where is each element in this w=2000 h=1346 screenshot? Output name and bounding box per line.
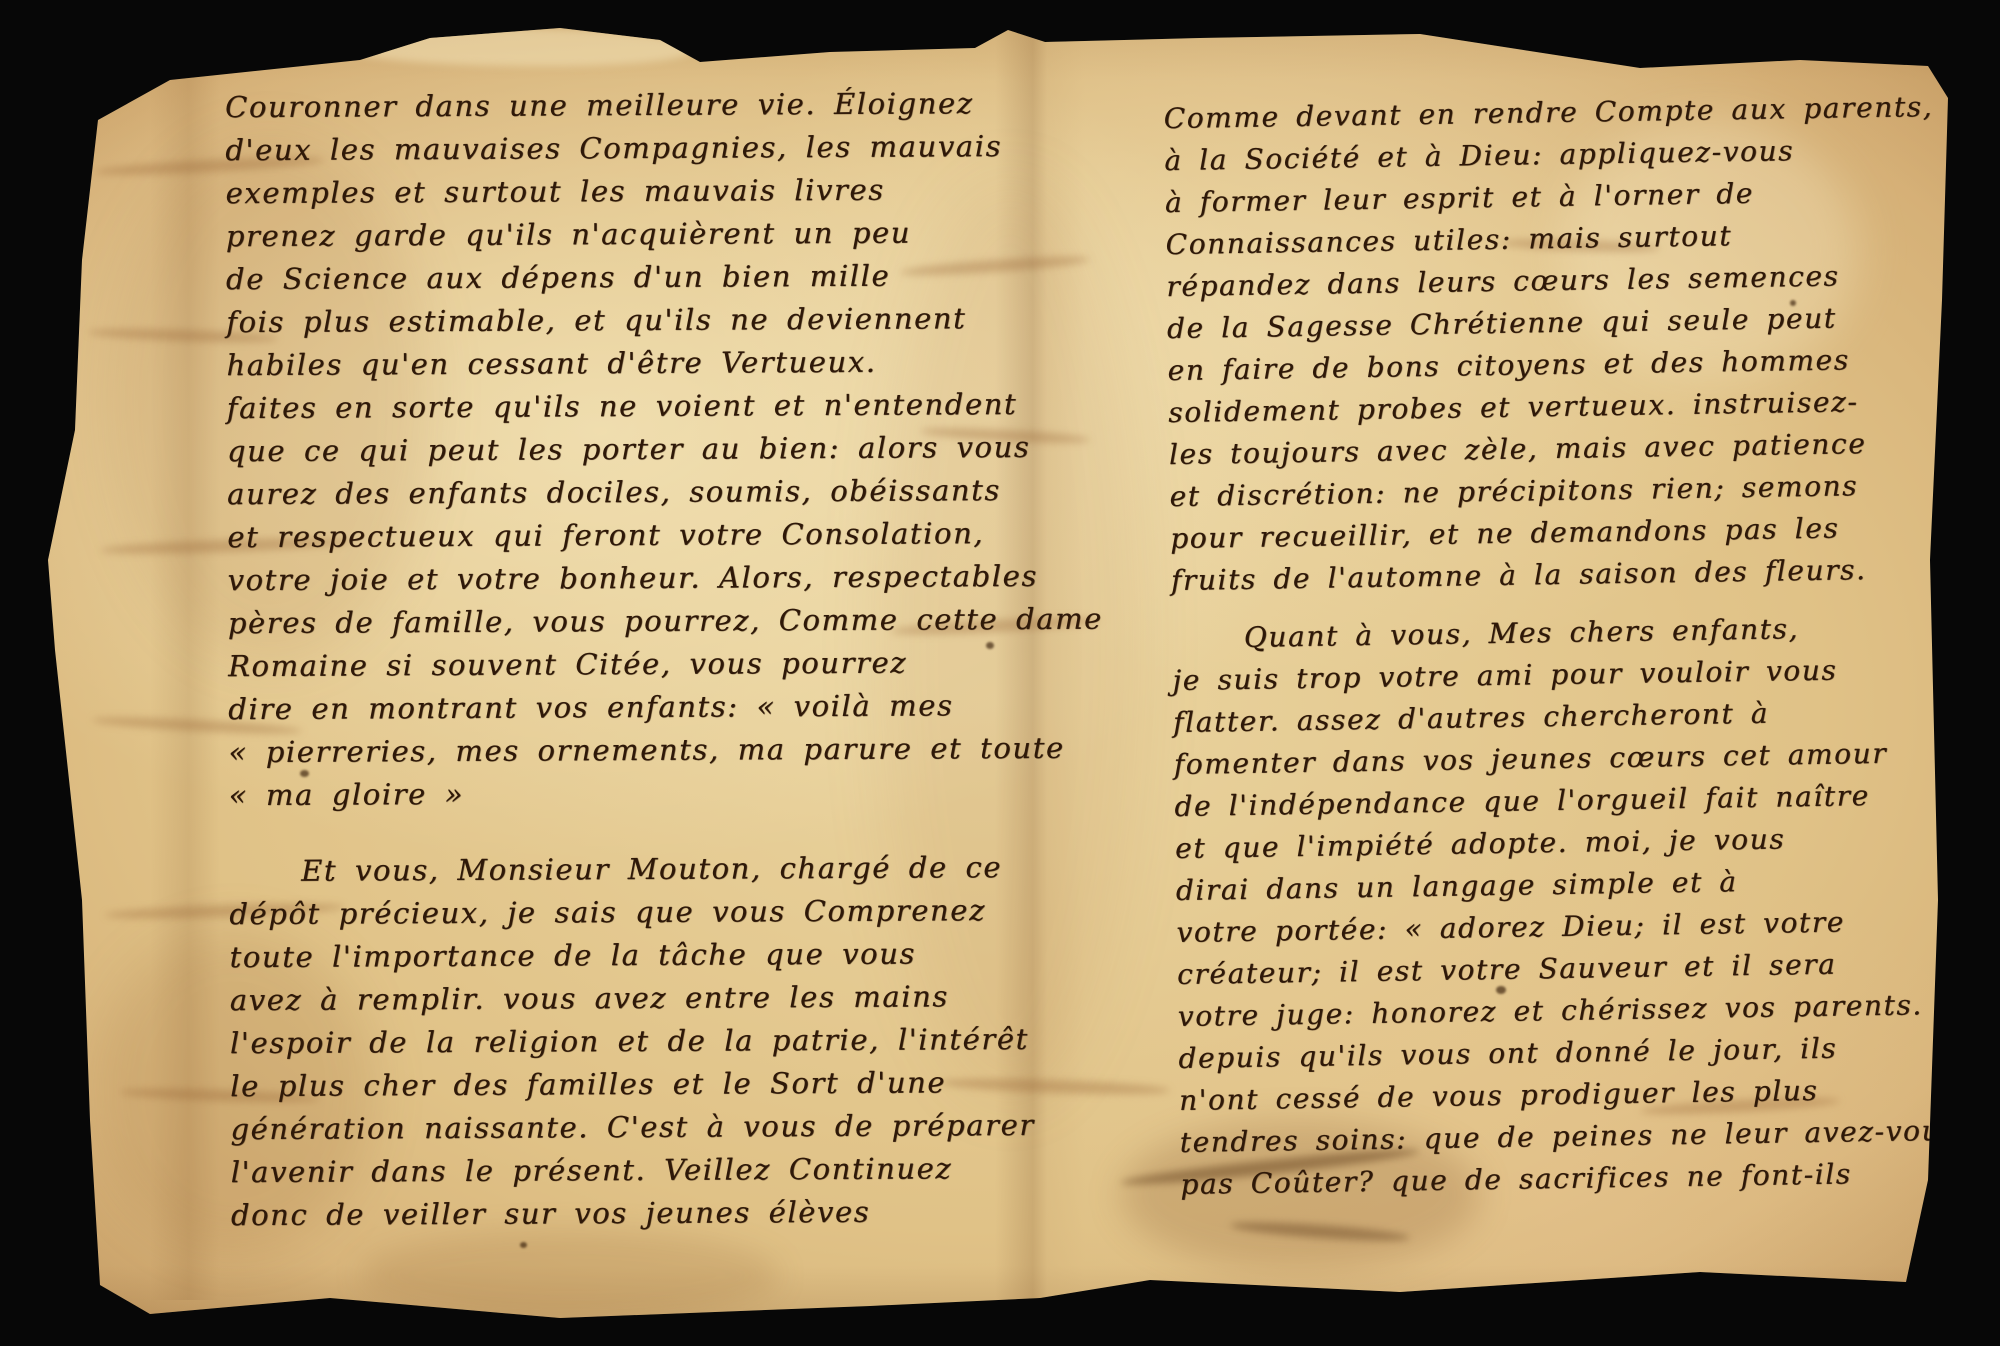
manuscript-line: « pierreries, mes ornements, ma parure e… <box>228 727 1058 774</box>
manuscript-line: et respectueux qui feront votre Consolat… <box>227 512 1057 559</box>
manuscript-line: faites en sorte qu'ils ne voient et n'en… <box>227 383 1057 430</box>
manuscript-line: toute l'importance de la tâche que vous <box>229 932 1059 979</box>
manuscript-line: prenez garde qu'ils n'acquièrent un peu <box>226 211 1056 258</box>
left-page-paragraph: Couronner dans une meilleure vie. Éloign… <box>225 82 1059 817</box>
manuscript-line: de Science aux dépens d'un bien mille <box>226 254 1056 301</box>
manuscript-line: habiles qu'en cessant d'être Vertueux. <box>226 340 1056 387</box>
manuscript-line: « ma gloire » <box>229 770 1059 817</box>
paper-stain <box>360 1230 780 1320</box>
manuscript-line: génération naissante. C'est à vous de pr… <box>230 1104 1060 1151</box>
left-margin-fold-shadow <box>150 60 220 1300</box>
manuscript-line: l'avenir dans le présent. Veillez Contin… <box>231 1147 1061 1194</box>
manuscript-line: donc de veiller sur vos jeunes élèves <box>231 1190 1061 1237</box>
left-page-text: Couronner dans une meilleure vie. Éloign… <box>225 82 1061 1237</box>
manuscript-line: dire en montrant vos enfants: « voilà me… <box>228 684 1058 731</box>
manuscript-line: votre joie et votre bonheur. Alors, resp… <box>227 555 1057 602</box>
manuscript-line: que ce qui peut les porter au bien: alor… <box>227 426 1057 473</box>
manuscript-line: Romaine si souvent Citée, vous pourrez <box>228 641 1058 688</box>
manuscript-line: d'eux les mauvaises Compagnies, les mauv… <box>225 125 1055 172</box>
torn-top-edge-strip <box>330 28 690 66</box>
ink-bleed-mark <box>1230 1219 1410 1245</box>
manuscript-line: dépôt précieux, je sais que vous Compren… <box>229 889 1059 936</box>
manuscript-line: exemples et surtout les mauvais livres <box>225 168 1055 215</box>
right-page-paragraph: Comme devant en rendre Compte aux parent… <box>1163 86 1941 602</box>
ink-spot <box>520 1242 527 1248</box>
manuscript-line: Et vous, Monsieur Mouton, chargé de ce <box>229 846 1059 893</box>
manuscript-line: aurez des enfants dociles, soumis, obéis… <box>227 469 1057 516</box>
right-page-paragraph: Quant à vous, Mes chers enfants,je suis … <box>1172 606 1951 1206</box>
manuscript-line: pères de famille, vous pourrez, Comme ce… <box>228 598 1058 645</box>
manuscript-line: le plus cher des familles et le Sort d'u… <box>230 1061 1060 1108</box>
manuscript-line: fois plus estimable, et qu'ils ne devien… <box>226 297 1056 344</box>
manuscript-line: avez à remplir. vous avez entre les main… <box>230 975 1060 1022</box>
left-page-paragraph: Et vous, Monsieur Mouton, chargé de cedé… <box>229 846 1061 1237</box>
right-page-text: Comme devant en rendre Compte aux parent… <box>1163 86 1950 1206</box>
manuscript-line: Couronner dans une meilleure vie. Éloign… <box>225 82 1055 129</box>
manuscript-line: l'espoir de la religion et de la patrie,… <box>230 1018 1060 1065</box>
manuscript-sheet: Couronner dans une meilleure vie. Éloign… <box>0 0 2000 1346</box>
manuscript-photo: Couronner dans une meilleure vie. Éloign… <box>0 0 2000 1346</box>
